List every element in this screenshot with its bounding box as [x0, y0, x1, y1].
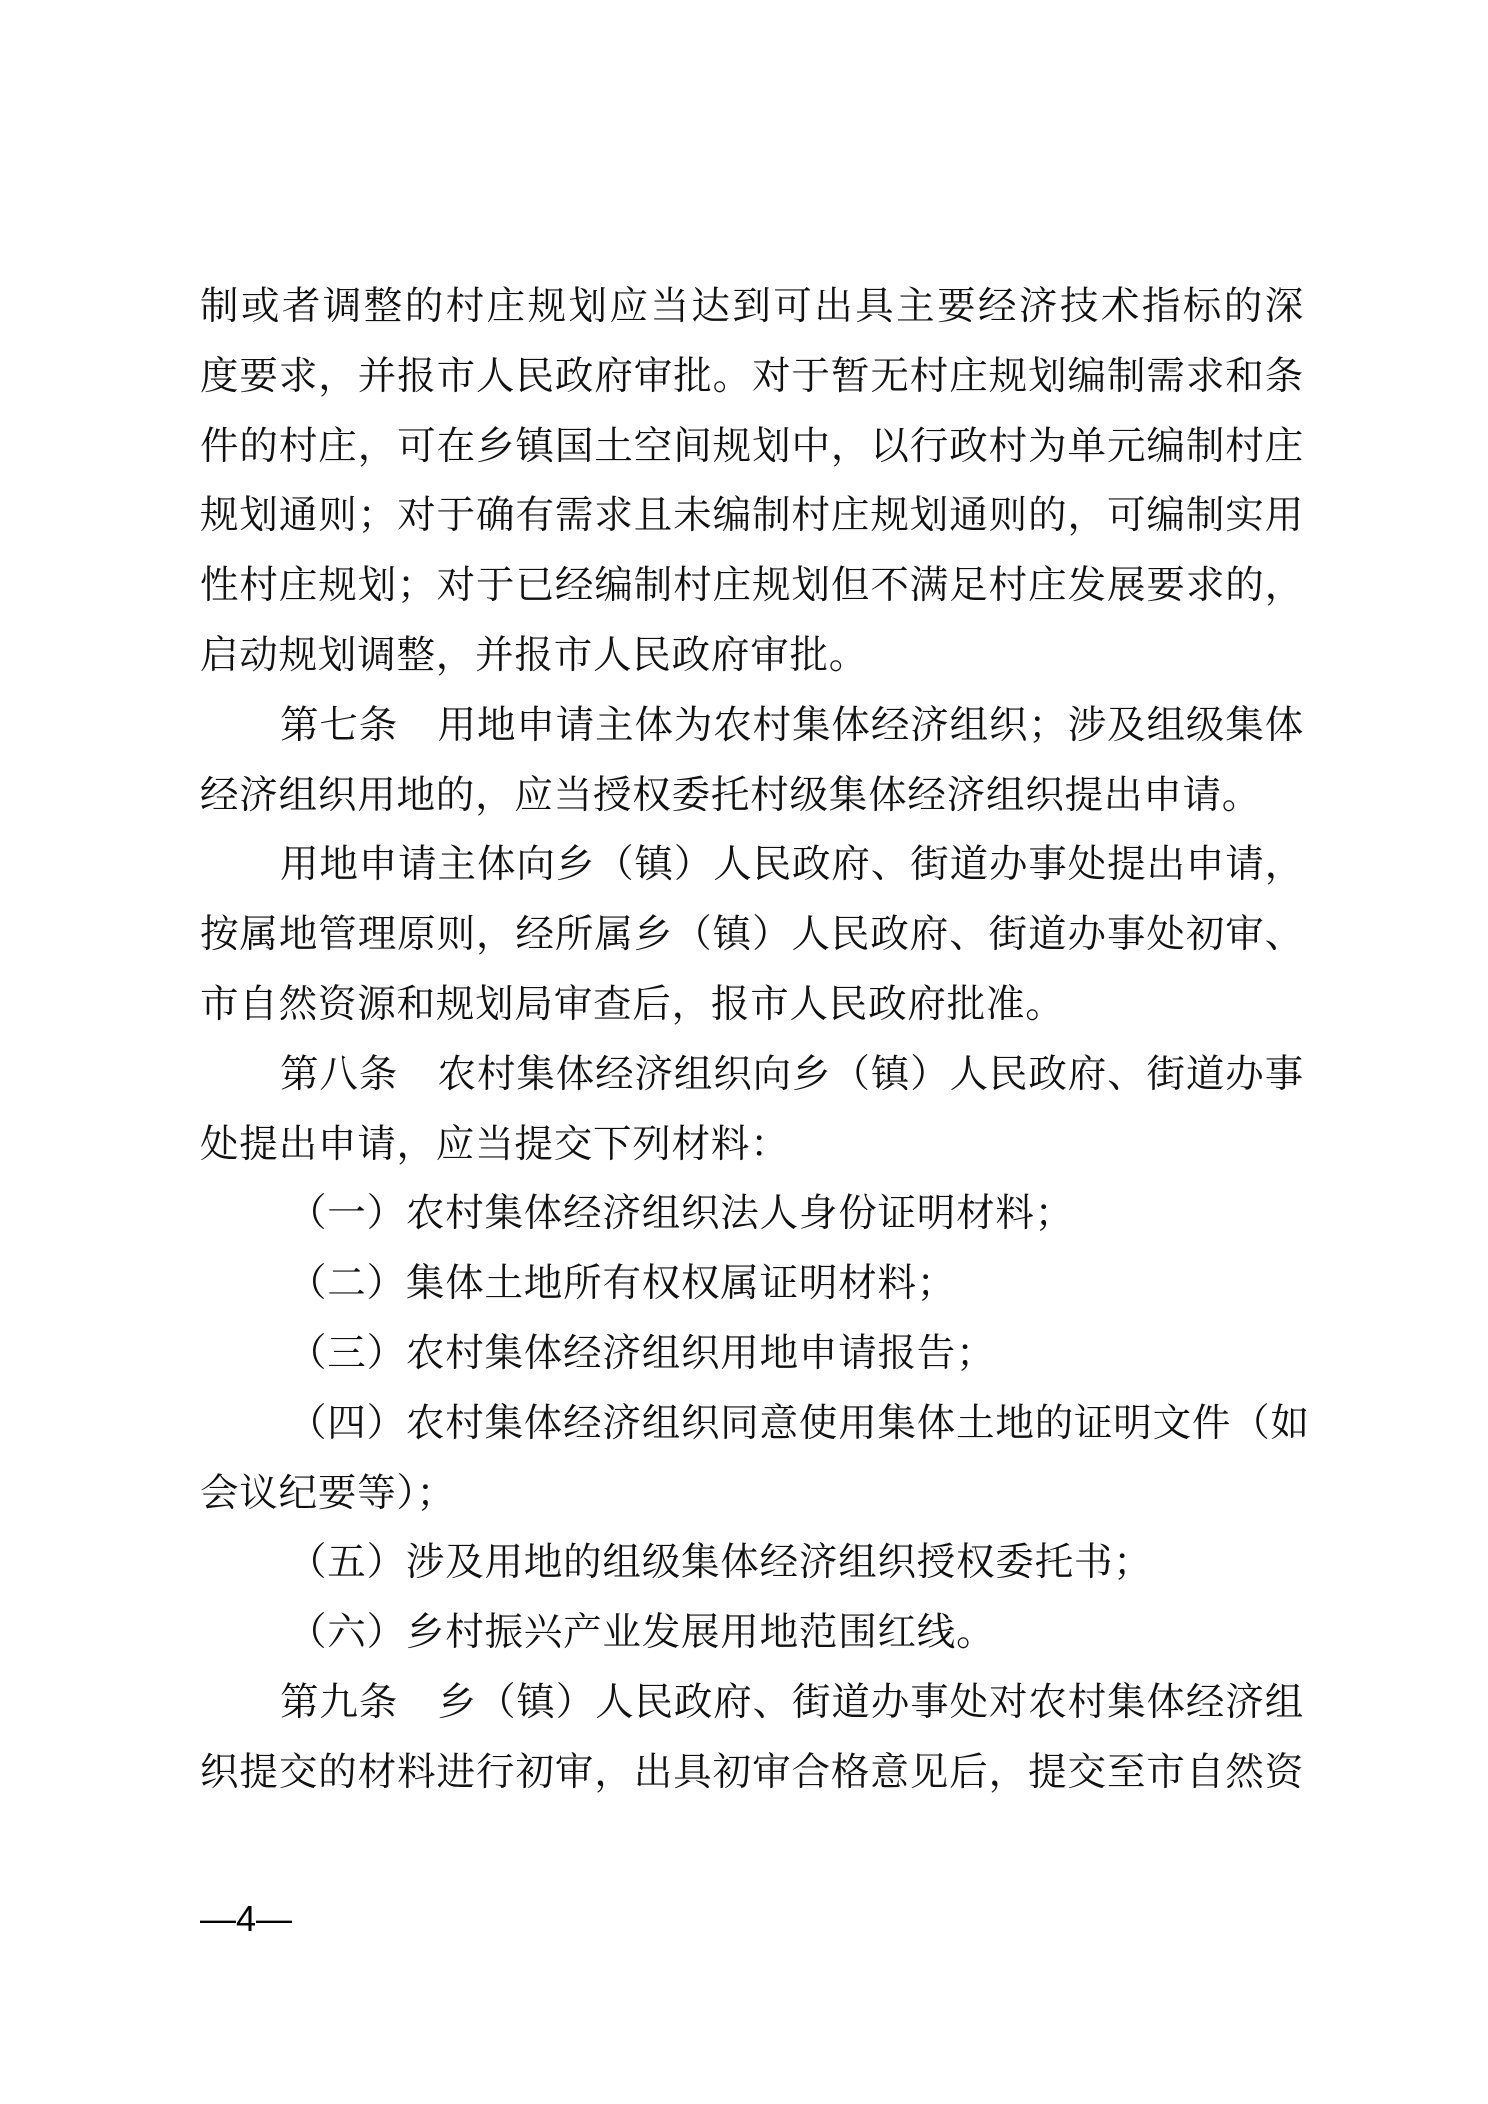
- list-item-6: （六）乡村振兴产业发展用地范围红线。: [200, 1598, 1304, 1668]
- article-9-heading-line: 第九条 乡（镇）人民政府、街道办事处对农村集体经济组: [200, 1668, 1304, 1738]
- list-item-5: （五）涉及用地的组级集体经济组织授权委托书；: [200, 1528, 1304, 1598]
- body-line: 按属地管理原则，经所属乡（镇）人民政府、街道办事处初审、: [200, 900, 1304, 970]
- list-item-2: （二）集体土地所有权权属证明材料；: [200, 1249, 1304, 1319]
- list-item-4: （四）农村集体经济组织同意使用集体土地的证明文件（如: [200, 1389, 1304, 1459]
- body-line: 规划通则；对于确有需求且未编制村庄规划通则的，可编制实用: [200, 481, 1304, 551]
- body-line: 度要求，并报市人民政府审批。对于暂无村庄规划编制需求和条: [200, 342, 1304, 412]
- list-item-3: （三）农村集体经济组织用地申请报告；: [200, 1319, 1304, 1389]
- paragraph-start-line: 用地申请主体向乡（镇）人民政府、街道办事处提出申请，: [200, 830, 1304, 900]
- body-line: 市自然资源和规划局审查后，报市人民政府批准。: [200, 970, 1304, 1040]
- page-number: —4—: [200, 1898, 292, 1940]
- body-line: 性村庄规划；对于已经编制村庄规划但不满足村庄发展要求的，: [200, 551, 1304, 621]
- list-item-1: （一）农村集体经济组织法人身份证明材料；: [200, 1179, 1304, 1249]
- body-line: 制或者调整的村庄规划应当达到可出具主要经济技术指标的深: [200, 272, 1304, 342]
- body-line: 启动规划调整，并报市人民政府审批。: [200, 621, 1304, 691]
- article-8-heading-line: 第八条 农村集体经济组织向乡（镇）人民政府、街道办事: [200, 1040, 1304, 1110]
- document-body: 制或者调整的村庄规划应当达到可出具主要经济技术指标的深 度要求，并报市人民政府审…: [200, 272, 1304, 1808]
- body-line: 经济组织用地的，应当授权委托村级集体经济组织提出申请。: [200, 761, 1304, 831]
- body-line: 件的村庄，可在乡镇国土空间规划中，以行政村为单元编制村庄: [200, 412, 1304, 482]
- article-7-heading-line: 第七条 用地申请主体为农村集体经济组织；涉及组级集体: [200, 691, 1304, 761]
- list-item-4-continuation: 会议纪要等）；: [200, 1459, 1304, 1529]
- body-line: 处提出申请，应当提交下列材料：: [200, 1110, 1304, 1180]
- body-line: 织提交的材料进行初审，出具初审合格意见后，提交至市自然资: [200, 1738, 1304, 1808]
